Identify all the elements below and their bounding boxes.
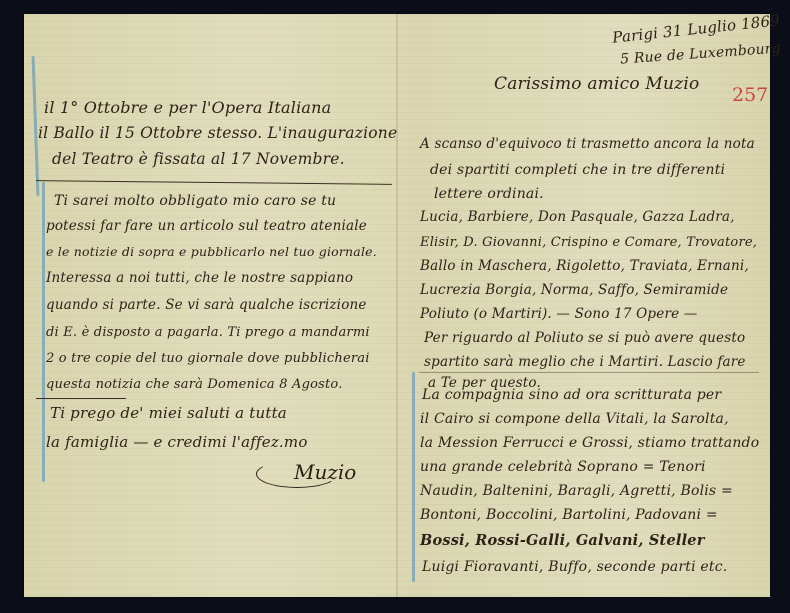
section-divider-left-2: [36, 398, 126, 399]
right-line-3: lettere ordinai.: [434, 187, 544, 201]
blue-pencil-mark-right: [412, 372, 415, 582]
section-divider-right: [419, 372, 759, 373]
right-line-6: Ballo in Maschera, Rigoletto, Traviata, …: [420, 260, 749, 274]
right-line-14: la Mession Ferrucci e Grossi, stiamo tra…: [420, 436, 759, 450]
right-line-7: Lucrezia Borgia, Norma, Saffo, Semiramid…: [420, 284, 728, 298]
right-line-5: Elisir, D. Giovanni, Crispino e Comare, …: [420, 236, 757, 249]
left-line-2: il Ballo il 15 Ottobre stesso. L'inaugur…: [38, 126, 397, 142]
right-line-10: spartito sarà meglio che i Martiri. Lasc…: [424, 356, 746, 370]
paper-fold-line: [396, 14, 398, 597]
left-line-6: e le notizie di sopra e pubblicarlo nel …: [46, 246, 377, 259]
left-line-5: potessi far fare un articolo sul teatro …: [46, 220, 367, 234]
address: 5 Rue de Luxembourg: [620, 41, 782, 66]
left-line-4: Ti sarei molto obbligato mio caro se tu: [54, 194, 336, 208]
right-line-17: Bontoni, Boccolini, Bartolini, Padovani …: [420, 508, 718, 522]
left-line-13: la famiglia — e credimi l'affez.mo: [46, 435, 308, 450]
right-line-1: A scanso d'equivoco ti trasmetto ancora …: [420, 138, 755, 152]
right-line-8: Poliuto (o Martiri). — Sono 17 Opere —: [420, 308, 698, 322]
right-line-19: Luigi Fioravanti, Buffo, seconde parti e…: [422, 560, 727, 574]
left-line-3: del Teatro è fissata al 17 Novembre.: [52, 152, 345, 168]
right-line-15: una grande celebrità Soprano = Tenori: [420, 460, 706, 474]
right-line-18: Bossi, Rossi-Galli, Galvani, Steller: [420, 534, 705, 549]
right-line-13: il Cairo si compone della Vitali, la Sar…: [420, 412, 729, 426]
right-line-16: Naudin, Baltenini, Baragli, Agretti, Bol…: [420, 484, 733, 498]
left-line-9: di E. è disposto a pagarla. Ti prego a m…: [46, 326, 370, 339]
left-line-11: questa notizia che sarà Domenica 8 Agost…: [46, 378, 343, 391]
left-line-8: quando si parte. Se vi sarà qualche iscr…: [46, 299, 367, 313]
right-line-2: dei spartiti completi che in tre differe…: [430, 163, 725, 177]
archive-number: 257: [732, 84, 768, 106]
left-line-10: 2 o tre copie del tuo giornale dove pubb…: [46, 352, 370, 365]
salutation: Carissimo amico Muzio: [494, 76, 699, 93]
right-line-4: Lucia, Barbiere, Don Pasquale, Gazza Lad…: [420, 211, 735, 225]
right-line-9: Per riguardo al Poliuto se si può avere …: [424, 332, 745, 346]
blue-pencil-mark-left-lower: [42, 182, 45, 482]
left-line-1: il 1° Ottobre e per l'Opera Italiana: [44, 100, 331, 116]
place-date: Parigi 31 Luglio 1869: [612, 13, 781, 46]
right-line-12: La compagnia sino ad ora scritturata per: [422, 388, 721, 402]
left-line-7: Interessa a noi tutti, che le nostre sap…: [46, 272, 353, 286]
signature: Muzio: [294, 460, 356, 484]
letter-paper: il 1° Ottobre e per l'Opera Italiana il …: [24, 14, 770, 597]
section-divider-left: [36, 180, 392, 185]
left-line-12: Ti prego de' miei saluti a tutta: [50, 406, 287, 421]
